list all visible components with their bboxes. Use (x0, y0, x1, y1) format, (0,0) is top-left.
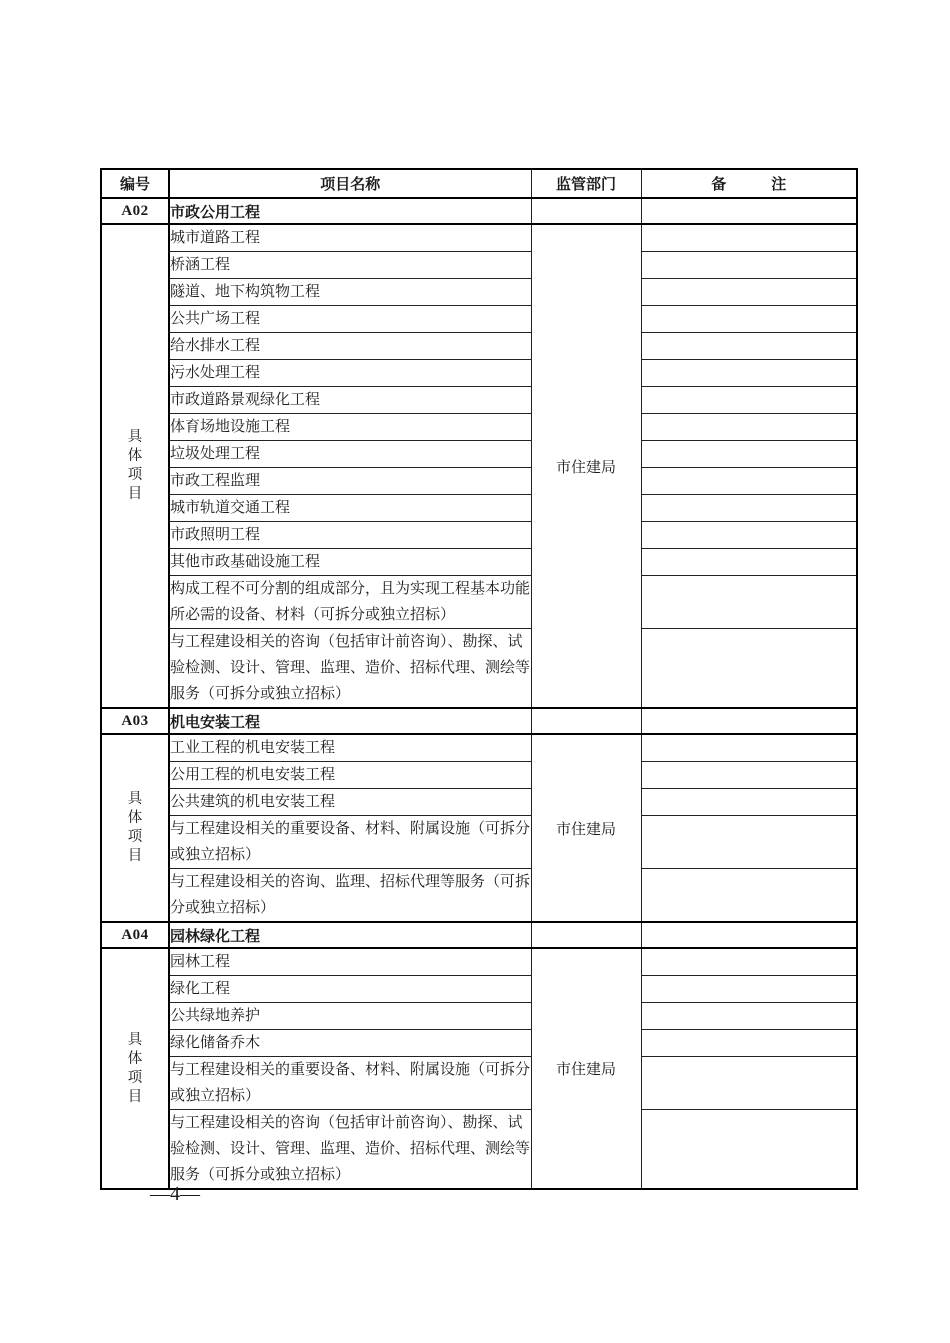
section-code: A02 (101, 198, 169, 224)
project-name-cell: 城市道路工程 (169, 224, 531, 252)
section-remark-empty-cell (641, 198, 857, 224)
section-code: A03 (101, 708, 169, 734)
remark-cell (641, 360, 857, 387)
supervisor-cell: 市住建局 (531, 734, 641, 922)
project-row: 绿化工程 (101, 976, 857, 1003)
header-supervisor: 监管部门 (531, 169, 641, 198)
remark-cell (641, 869, 857, 923)
project-row: 具体项目工业工程的机电安装工程市住建局 (101, 734, 857, 762)
group-label-cell: 具体项目 (101, 224, 169, 708)
remark-cell (641, 549, 857, 576)
project-row: 具体项目城市道路工程市住建局 (101, 224, 857, 252)
remark-cell (641, 495, 857, 522)
project-name-cell: 其他市政基础设施工程 (169, 549, 531, 576)
remark-cell (641, 762, 857, 789)
group-label: 具体项目 (128, 428, 143, 504)
project-row: 城市轨道交通工程 (101, 495, 857, 522)
remark-cell (641, 306, 857, 333)
project-name-cell: 公用工程的机电安装工程 (169, 762, 531, 789)
project-name-cell: 工业工程的机电安装工程 (169, 734, 531, 762)
project-name-cell: 绿化储备乔木 (169, 1030, 531, 1057)
project-name-cell: 与工程建设相关的重要设备、材料、附属设施（可拆分或独立招标） (169, 816, 531, 869)
project-row: 公共绿地养护 (101, 1003, 857, 1030)
section-supervisor-empty-cell (531, 922, 641, 948)
group-label: 具体项目 (128, 1031, 143, 1107)
project-row: 给水排水工程 (101, 333, 857, 360)
remark-cell (641, 441, 857, 468)
section-title: 市政公用工程 (169, 198, 531, 224)
header-code: 编号 (101, 169, 169, 198)
group-label: 具体项目 (128, 790, 143, 866)
section-header-row: A02市政公用工程 (101, 198, 857, 224)
section-header-row: A03机电安装工程 (101, 708, 857, 734)
remark-cell (641, 1003, 857, 1030)
group-label-cell: 具体项目 (101, 734, 169, 922)
project-name-cell: 给水排水工程 (169, 333, 531, 360)
remark-cell (641, 387, 857, 414)
project-name-cell: 体育场地设施工程 (169, 414, 531, 441)
remark-cell (641, 279, 857, 306)
project-row: 桥涵工程 (101, 252, 857, 279)
project-row: 隧道、地下构筑物工程 (101, 279, 857, 306)
project-name-cell: 桥涵工程 (169, 252, 531, 279)
project-name-cell: 公共广场工程 (169, 306, 531, 333)
project-row: 市政照明工程 (101, 522, 857, 549)
project-name-cell: 市政照明工程 (169, 522, 531, 549)
project-name-cell: 与工程建设相关的重要设备、材料、附属设施（可拆分或独立招标） (169, 1057, 531, 1110)
remark-cell (641, 224, 857, 252)
remark-cell (641, 1030, 857, 1057)
project-row: 垃圾处理工程 (101, 441, 857, 468)
project-name-cell: 绿化工程 (169, 976, 531, 1003)
supervisor-cell: 市住建局 (531, 224, 641, 708)
remark-cell (641, 816, 857, 869)
project-row: 污水处理工程 (101, 360, 857, 387)
project-name-cell: 市政工程监理 (169, 468, 531, 495)
remark-cell (641, 789, 857, 816)
header-remark: 备 注 (641, 169, 857, 198)
project-row: 市政道路景观绿化工程 (101, 387, 857, 414)
project-name-cell: 与工程建设相关的咨询（包括审计前咨询）、勘探、试验检测、设计、管理、监理、造价、… (169, 629, 531, 709)
page-number: —4— (150, 1183, 200, 1206)
project-name-cell: 公共建筑的机电安装工程 (169, 789, 531, 816)
project-row: 其他市政基础设施工程 (101, 549, 857, 576)
remark-cell (641, 1057, 857, 1110)
project-name-cell: 市政道路景观绿化工程 (169, 387, 531, 414)
remark-cell (641, 948, 857, 976)
project-row: 市政工程监理 (101, 468, 857, 495)
supervisor-cell: 市住建局 (531, 948, 641, 1189)
project-row: 与工程建设相关的重要设备、材料、附属设施（可拆分或独立招标） (101, 1057, 857, 1110)
section-title: 机电安装工程 (169, 708, 531, 734)
project-name-cell: 园林工程 (169, 948, 531, 976)
remark-cell (641, 252, 857, 279)
section-supervisor-empty-cell (531, 708, 641, 734)
project-row: 具体项目园林工程市住建局 (101, 948, 857, 976)
project-row: 绿化储备乔木 (101, 1030, 857, 1057)
header-project-name: 项目名称 (169, 169, 531, 198)
remark-cell (641, 734, 857, 762)
section-supervisor-empty-cell (531, 198, 641, 224)
project-row: 公用工程的机电安装工程 (101, 762, 857, 789)
section-title: 园林绿化工程 (169, 922, 531, 948)
remark-cell (641, 1110, 857, 1190)
group-label-cell: 具体项目 (101, 948, 169, 1189)
project-row: 公共广场工程 (101, 306, 857, 333)
remark-cell (641, 522, 857, 549)
document-page: 编号 项目名称 监管部门 备 注 A02市政公用工程具体项目城市道路工程市住建局… (0, 0, 950, 1343)
remark-cell (641, 414, 857, 441)
project-name-cell: 构成工程不可分割的组成部分，且为实现工程基本功能所必需的设备、材料（可拆分或独立… (169, 576, 531, 629)
remark-cell (641, 468, 857, 495)
remark-cell (641, 629, 857, 709)
project-name-cell: 与工程建设相关的咨询（包括审计前咨询）、勘探、试验检测、设计、管理、监理、造价、… (169, 1110, 531, 1190)
remark-cell (641, 976, 857, 1003)
section-header-row: A04园林绿化工程 (101, 922, 857, 948)
project-supervision-table: 编号 项目名称 监管部门 备 注 A02市政公用工程具体项目城市道路工程市住建局… (100, 168, 858, 1190)
project-row: 与工程建设相关的咨询（包括审计前咨询）、勘探、试验检测、设计、管理、监理、造价、… (101, 629, 857, 709)
project-row: 与工程建设相关的咨询（包括审计前咨询）、勘探、试验检测、设计、管理、监理、造价、… (101, 1110, 857, 1190)
project-name-cell: 公共绿地养护 (169, 1003, 531, 1030)
section-remark-empty-cell (641, 922, 857, 948)
project-name-cell: 垃圾处理工程 (169, 441, 531, 468)
project-name-cell: 污水处理工程 (169, 360, 531, 387)
section-remark-empty-cell (641, 708, 857, 734)
project-row: 公共建筑的机电安装工程 (101, 789, 857, 816)
table-header-row: 编号 项目名称 监管部门 备 注 (101, 169, 857, 198)
project-name-cell: 城市轨道交通工程 (169, 495, 531, 522)
project-name-cell: 与工程建设相关的咨询、监理、招标代理等服务（可拆分或独立招标） (169, 869, 531, 923)
project-row: 体育场地设施工程 (101, 414, 857, 441)
project-name-cell: 隧道、地下构筑物工程 (169, 279, 531, 306)
remark-cell (641, 576, 857, 629)
project-row: 构成工程不可分割的组成部分，且为实现工程基本功能所必需的设备、材料（可拆分或独立… (101, 576, 857, 629)
section-code: A04 (101, 922, 169, 948)
remark-cell (641, 333, 857, 360)
project-row: 与工程建设相关的重要设备、材料、附属设施（可拆分或独立招标） (101, 816, 857, 869)
project-row: 与工程建设相关的咨询、监理、招标代理等服务（可拆分或独立招标） (101, 869, 857, 923)
